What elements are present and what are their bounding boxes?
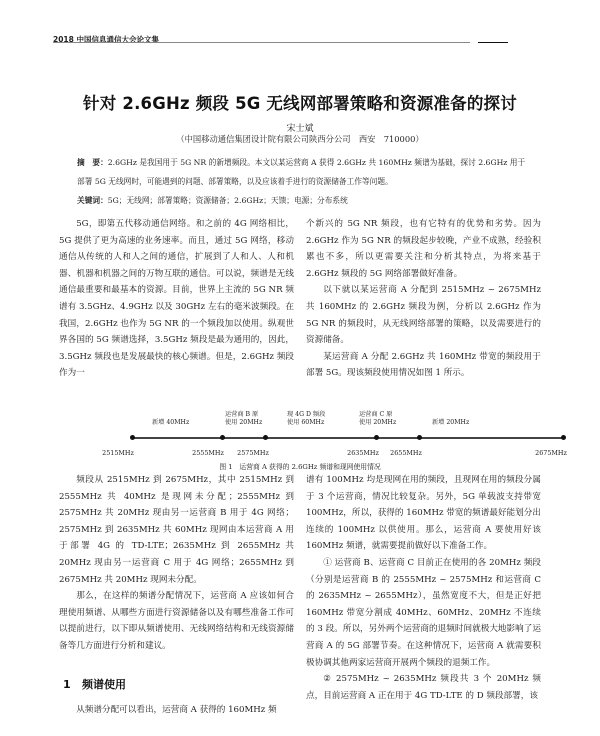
keywords: 关键词：5G；无线网；部署策略；资源储备；2.6GHz；天馈；电源；分布系统: [77, 191, 527, 210]
section-title: 频谱使用: [82, 678, 126, 691]
frequency-axis-line: [132, 437, 563, 439]
body-right-column-top: 个新兴的 5G NR 频段，也有它特有的优势和劣势。因为 2.6GHz 作为 5…: [306, 216, 541, 382]
frequency-tick-label: 2635MHz: [347, 449, 379, 457]
header-rule: [53, 42, 470, 43]
header-rule-mark: [478, 42, 508, 44]
figure-caption: 图 1 运营商 A 获得的 2.6GHz 频谱和现网使用情况: [0, 461, 600, 471]
figure-1-spectrum-diagram: 新增 40MHz 运营商 B 原使用 20MHz 现 4G D 频段使用 60M…: [0, 400, 600, 470]
frequency-tick-label: 2555MHz: [192, 449, 224, 457]
paragraph: 以下就以某运营商 A 分配到 2515MHz ~ 2675MHz 共 160MH…: [306, 282, 541, 348]
frequency-marker-dot: [263, 435, 268, 440]
abstract: 摘 要：2.6GHz 是我国用于 5G NR 的新增频段。本文以某运营商 A 获…: [77, 153, 527, 191]
paragraph: 从频谱分配可以看出，运营商 A 获得的 160MHz 频: [59, 702, 294, 719]
keywords-label: 关键词：: [77, 196, 108, 205]
frequency-marker-dot: [374, 435, 379, 440]
abstract-label: 摘 要：: [77, 158, 108, 167]
body-left-column-top: 5G，即第五代移动通信网络。和之前的 4G 网络相比，5G 提供了更为高速的业务…: [59, 216, 294, 382]
segment-label: 运营商 B 原使用 20MHz: [225, 411, 262, 427]
frequency-marker-dot: [417, 435, 422, 440]
keywords-text: 5G；无线网；部署策略；资源储备；2.6GHz；天馈；电源；分布系统: [108, 196, 348, 205]
frequency-marker-dot: [220, 435, 225, 440]
section-heading-1: 1频谱使用: [63, 676, 126, 692]
paragraph: 个新兴的 5G NR 频段，也有它特有的优势和劣势。因为 2.6GHz 作为 5…: [306, 216, 541, 282]
body-left-column-bottom: 频段从 2515MHz 到 2675MHz，其中 2515MHz 到 2555M…: [59, 472, 294, 655]
segment-label: 新增 20MHz: [432, 419, 469, 427]
frequency-marker-dot: [130, 435, 135, 440]
segment-label: 新增 40MHz: [152, 419, 189, 427]
paragraph: ① 运营商 B、运营商 C 目前正在使用的各 20MHz 频段（分别是运营商 B…: [306, 555, 541, 671]
segment-label: 现 4G D 频段使用 60MHz: [287, 411, 325, 427]
paragraph: 某运营商 A 分配 2.6GHz 共 160MHz 带宽的频段用于部署 5G。现…: [306, 349, 541, 382]
segment-label: 运营商 C 原使用 20MHz: [359, 411, 396, 427]
paragraph: 那么，在这样的频谱分配情况下，运营商 A 应该如何合理使用频谱、从哪些方面进行资…: [59, 588, 294, 654]
affiliation: （中国移动通信集团设计院有限公司陕西分公司 西安 710000）: [0, 133, 600, 145]
frequency-tick-label: 2655MHz: [390, 449, 422, 457]
section-number: 1: [63, 678, 82, 691]
abstract-block: 摘 要：2.6GHz 是我国用于 5G NR 的新增频段。本文以某运营商 A 获…: [77, 153, 527, 210]
frequency-tick-label: 2515MHz: [102, 449, 134, 457]
paragraph: 5G，即第五代移动通信网络。和之前的 4G 网络相比，5G 提供了更为高速的业务…: [59, 216, 294, 382]
body-right-column-bottom: 谱有 100MHz 均是现网在用的频段，且现网在用的频段分属于 3 个运营商，情…: [306, 472, 541, 704]
paragraph: 谱有 100MHz 均是现网在用的频段，且现网在用的频段分属于 3 个运营商，情…: [306, 472, 541, 555]
paragraph: 频段从 2515MHz 到 2675MHz，其中 2515MHz 到 2555M…: [59, 472, 294, 588]
paragraph: ② 2575MHz ~ 2635MHz 频段共 3 个 20MHz 频点，目前运…: [306, 671, 541, 704]
frequency-tick-label: 2675MHz: [535, 449, 567, 457]
frequency-marker-dot: [561, 435, 566, 440]
paper-title: 针对 2.6GHz 频段 5G 无线网部署策略和资源准备的探讨: [0, 90, 600, 114]
abstract-text: 2.6GHz 是我国用于 5G NR 的新增频段。本文以某运营商 A 获得 2.…: [77, 158, 525, 186]
running-head: 2018 中国信息通信大会论文集: [53, 34, 159, 45]
frequency-tick-label: 2575MHz: [237, 449, 269, 457]
